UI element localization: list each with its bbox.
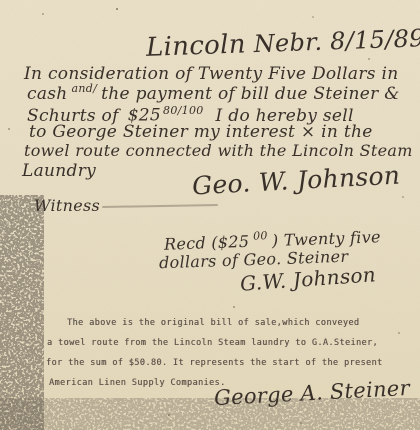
body-line-6: Laundry [22, 163, 96, 180]
inserted-word: and/ [72, 82, 98, 95]
scan-noise-bottom-edge [0, 398, 420, 430]
body-line-2-pre: cash [27, 84, 68, 104]
scan-noise-left-edge [0, 195, 44, 430]
dateline-place: Lincoln [146, 29, 247, 62]
body-line-2: cashand/the payment of bill due Steiner … [27, 86, 400, 103]
dateline: LincolnNebr. 8/15/89 [146, 25, 420, 61]
typed-note-line-2: a towel route from the Lincoln Steam lau… [47, 338, 378, 348]
witness-label: Witness [34, 198, 100, 214]
document-scan: LincolnNebr. 8/15/89 In consideration of… [0, 0, 420, 430]
body-line-2-post: the payment of bill due Steiner & [101, 84, 400, 104]
dust-specks [0, 0, 2, 2]
body-line-1: In consideration of Twenty Five Dollars … [24, 66, 398, 83]
typed-note-line-3: for the sum of $50.80. It represents the… [46, 358, 383, 368]
cents-superscript: 00 [253, 229, 268, 243]
seller-signature: Geo. W. Johnson [191, 163, 400, 199]
body-line-5: towel route connected with the Lincoln S… [24, 143, 413, 159]
buyer-signature: George A. Steiner [214, 378, 411, 409]
typed-note-line-1: The above is the original bill of sale,w… [67, 318, 359, 328]
typed-note-line-4: American Linen Supply Companies. [49, 378, 226, 388]
amount-fraction: 80/100 [163, 104, 204, 117]
dateline-date: Nebr. 8/15/89 [253, 24, 420, 58]
body-line-4: to George Steiner my interest × in the [29, 124, 373, 141]
pencil-smudge-line [102, 204, 218, 208]
